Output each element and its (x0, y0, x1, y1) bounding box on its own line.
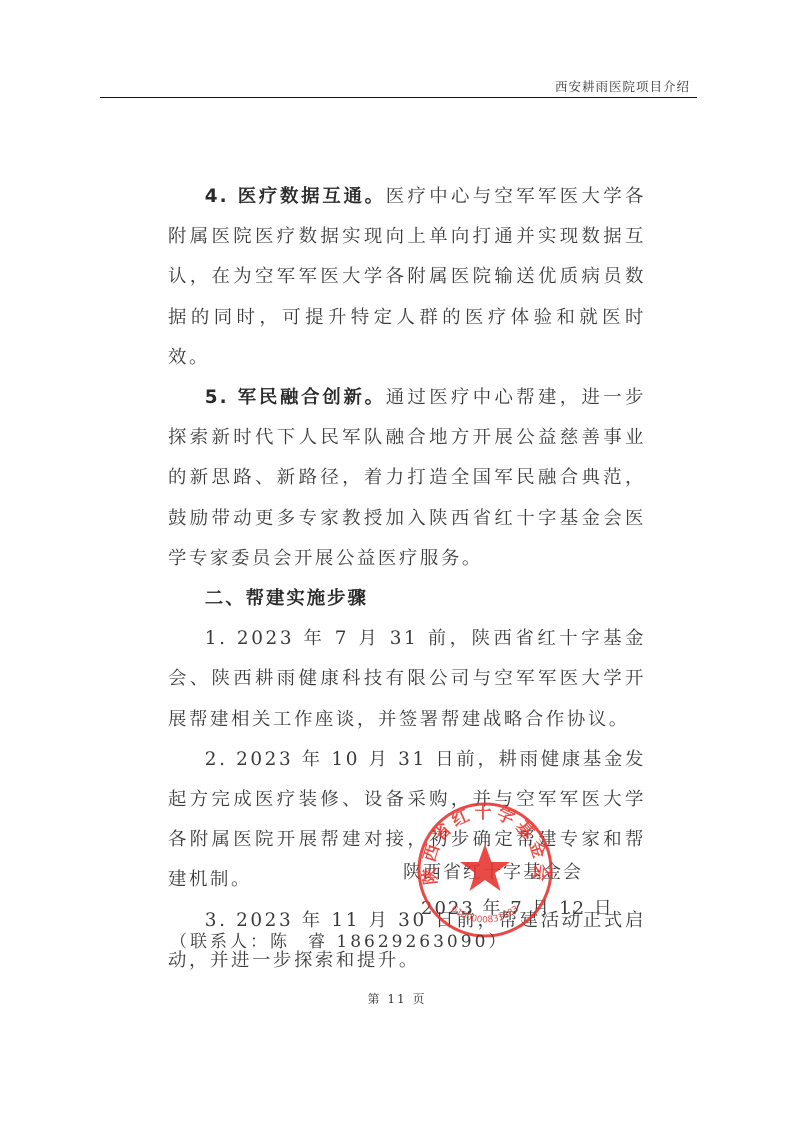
paragraph-item-5: 5. 军民融合创新。通过医疗中心帮建，进一步探索新时代下人民军队融合地方开展公益… (168, 378, 646, 579)
contact-phone: 18629263090） (336, 932, 508, 952)
section-heading: 二、帮建实施步骤 (168, 579, 646, 619)
item-5-text: 通过医疗中心帮建，进一步探索新时代下人民军队融合地方开展公益慈善事业的新思路、新… (168, 387, 646, 569)
signature-date: 2023 年 7 月 12 日 (403, 891, 614, 927)
item-4-lead: 4. 医疗数据互通。 (205, 186, 386, 207)
header-title: 西安耕雨医院项目介绍 (555, 77, 690, 95)
paragraph-item-4: 4. 医疗数据互通。医疗中心与空军军医大学各附属医院医疗数据实现向上单向打通并实… (168, 177, 646, 378)
contact-label: （联系人： (170, 932, 270, 952)
contact-name-first: 陈 (270, 932, 290, 952)
signature-organization: 陕西省红十字基金会 (403, 855, 614, 891)
signature-block: 陕西省红十字基金会 2023 年 7 月 12 日 (403, 855, 614, 927)
contact-name-second: 睿 (308, 932, 328, 952)
header-divider (100, 97, 697, 98)
contact-line: （联系人：陈睿 18629263090） (170, 927, 508, 952)
step-1: 1. 2023 年 7 月 31 前，陕西省红十字基金会、陕西耕雨健康科技有限公… (168, 619, 646, 740)
item-4-text: 医疗中心与空军军医大学各附属医院医疗数据实现向上单向打通并实现数据互认，在为空军… (168, 186, 646, 368)
item-5-lead: 5. 军民融合创新。 (205, 387, 386, 408)
page-number: 第 11 页 (0, 990, 794, 1007)
